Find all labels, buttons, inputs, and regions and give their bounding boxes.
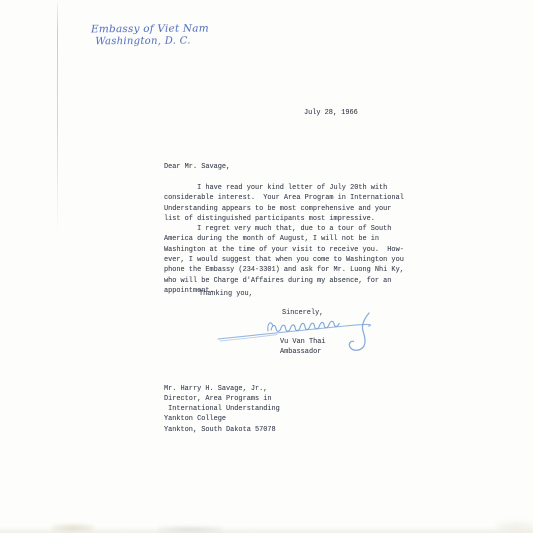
body-paragraph-1: I have read your kind letter of July 20t… xyxy=(164,183,404,224)
body-paragraph-2: I regret very much that, due to a tour o… xyxy=(164,224,404,296)
thanking-line: Thanking you, xyxy=(199,289,253,299)
letterhead-city: Washington, D. C. xyxy=(91,36,195,49)
scanned-letter-page: Embassy of Viet Nam Washington, D. C. Ju… xyxy=(0,0,533,533)
scan-smudge xyxy=(496,521,533,533)
scan-smudge xyxy=(158,526,222,533)
letterhead-embassy-name: Embassy of Viet Nam xyxy=(91,22,195,37)
paper-edge-line xyxy=(57,2,58,234)
scan-smudge xyxy=(52,524,94,532)
salutation: Dear Mr. Savage, xyxy=(164,162,230,172)
letter-date: July 28, 1966 xyxy=(304,108,358,118)
recipient-address: Mr. Harry H. Savage, Jr., Director, Area… xyxy=(164,384,280,436)
letterhead: Embassy of Viet Nam Washington, D. C. xyxy=(91,22,195,49)
sender-name-and-title: Vu Van Thai Ambassador xyxy=(280,337,326,358)
